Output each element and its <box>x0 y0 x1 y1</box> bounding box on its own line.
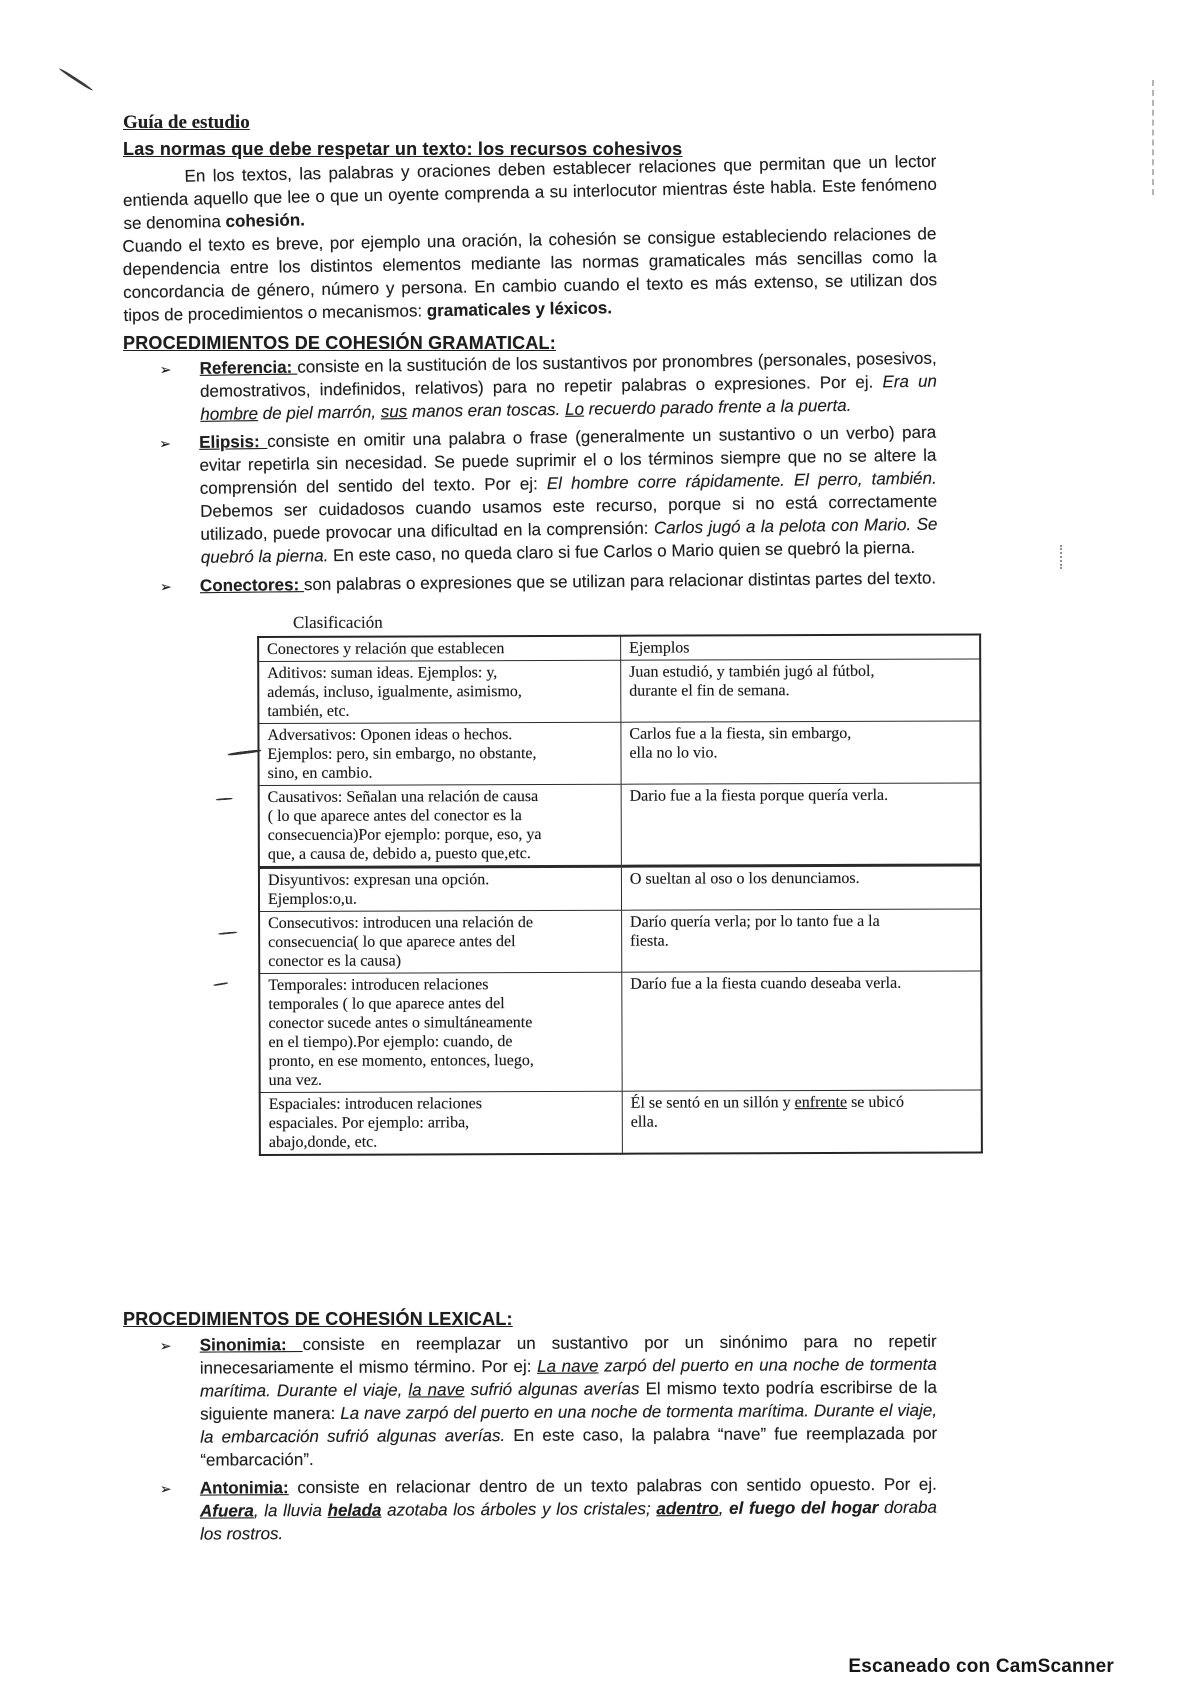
table-cell: Darío fue a la fiesta cuando deseaba ver… <box>622 971 982 1091</box>
handwritten-dash-mark <box>216 797 233 800</box>
list-item-text: Conectores: son palabras o expresiones q… <box>200 568 936 595</box>
table-cell: Adversativos: Oponen ideas o hechos. Eje… <box>258 722 621 785</box>
list-item-antonimia: ➢ Antonimia: consiste en relacionar dent… <box>123 1473 937 1546</box>
table-cell: Causativos: Señalan una relación de caus… <box>259 784 622 867</box>
table-row: Consecutivos: introducen una relación de… <box>259 909 981 974</box>
table-cell: Carlos fue a la fiesta, sin embargo, ell… <box>621 721 981 784</box>
table-cell: Temporales: introducen relaciones tempor… <box>259 972 622 1092</box>
list-item-text: Antonimia: consiste en relacionar dentro… <box>200 1475 937 1544</box>
intro-paragraph-2: Cuando el texto es breve, por ejemplo un… <box>122 222 937 327</box>
arrow-bullet-icon: ➢ <box>160 1478 172 1501</box>
arrow-bullet-icon: ➢ <box>160 1335 172 1358</box>
pen-stroke-mark <box>58 67 93 91</box>
gramatical-list: ➢ Referencia: consiste en la sustitución… <box>123 358 937 598</box>
table-cell: Consecutivos: introducen una relación de… <box>259 910 622 973</box>
table-cell: Darío quería verla; por lo tanto fue a l… <box>621 909 981 972</box>
table-row: Temporales: introducen relaciones tempor… <box>259 971 981 1093</box>
table-cell: Aditivos: suman ideas. Ejemplos: y, adem… <box>258 660 621 723</box>
table-header-cell: Ejemplos <box>621 634 981 660</box>
table-row: Espaciales: introducen relaciones espaci… <box>260 1090 982 1155</box>
table-cell: Él se sentó en un sillón y enfrente se u… <box>622 1090 982 1154</box>
camscanner-footer: Escaneado con CamScanner <box>848 1656 1114 1678</box>
list-item-text: Sinonimia: consiste en reemplazar un sus… <box>200 1332 938 1470</box>
connectors-table: Conectores y relación que establecen Eje… <box>257 633 983 1156</box>
table-cell: Espaciales: introducen relaciones espaci… <box>260 1091 623 1155</box>
intro-paragraph-1: En los textos, las palabras y oraciones … <box>122 150 937 235</box>
scanned-document-page: Guía de estudio Las normas que debe resp… <box>0 0 1200 1698</box>
list-item-text: Elipsis: consiste en omitir una palabra … <box>199 423 937 567</box>
list-item-conectores: ➢ Conectores: son palabras o expresiones… <box>123 566 937 598</box>
list-item-text: Referencia: consiste en la sustitución d… <box>200 349 938 424</box>
arrow-bullet-icon: ➢ <box>159 432 171 455</box>
table-header-row: Conectores y relación que establecen Eje… <box>258 634 980 661</box>
arrow-bullet-icon: ➢ <box>160 358 172 381</box>
handwritten-dash-mark <box>218 931 237 935</box>
classification-label: Clasificación <box>293 610 937 634</box>
table-row: Disyuntivos: expresan una opción. Ejempl… <box>259 865 981 912</box>
lexical-list: ➢ Sinonimia: consiste en reemplazar un s… <box>123 1334 937 1546</box>
dotted-line-artifact <box>1060 545 1062 569</box>
dashed-line-artifact <box>1152 80 1154 195</box>
table-cell: O sueltan al oso o los denunciamos. <box>621 865 981 910</box>
table-row: Adversativos: Oponen ideas o hechos. Eje… <box>258 721 980 786</box>
section-heading-lexical: PROCEDIMIENTOS DE COHESIÓN LEXICAL: <box>123 1306 937 1332</box>
handwritten-dash-mark <box>227 749 261 756</box>
lexical-section: PROCEDIMIENTOS DE COHESIÓN LEXICAL: ➢ Si… <box>123 1303 937 1551</box>
table-row: Aditivos: suman ideas. Ejemplos: y, adem… <box>258 659 980 724</box>
table-row: Causativos: Señalan una relación de caus… <box>259 783 981 868</box>
list-item-referencia: ➢ Referencia: consiste en la sustitución… <box>123 347 938 427</box>
handwritten-dash-mark <box>213 982 228 986</box>
table-cell: Juan estudió, y también jugó al fútbol, … <box>621 659 981 722</box>
connectors-table-wrap: Conectores y relación que establecen Eje… <box>257 633 985 1156</box>
table-cell: Dario fue a la fiesta porque quería verl… <box>621 783 981 866</box>
doc-title: Guía de estudio <box>123 110 937 136</box>
arrow-bullet-icon: ➢ <box>160 575 172 598</box>
document-body: Guía de estudio Las normas que debe resp… <box>123 110 937 1156</box>
table-header-cell: Conectores y relación que establecen <box>258 636 621 662</box>
list-item-sinonimia: ➢ Sinonimia: consiste en reemplazar un s… <box>123 1330 938 1472</box>
table-cell: Disyuntivos: expresan una opción. Ejempl… <box>259 866 622 911</box>
list-item-elipsis: ➢ Elipsis: consiste en omitir una palabr… <box>122 421 938 570</box>
